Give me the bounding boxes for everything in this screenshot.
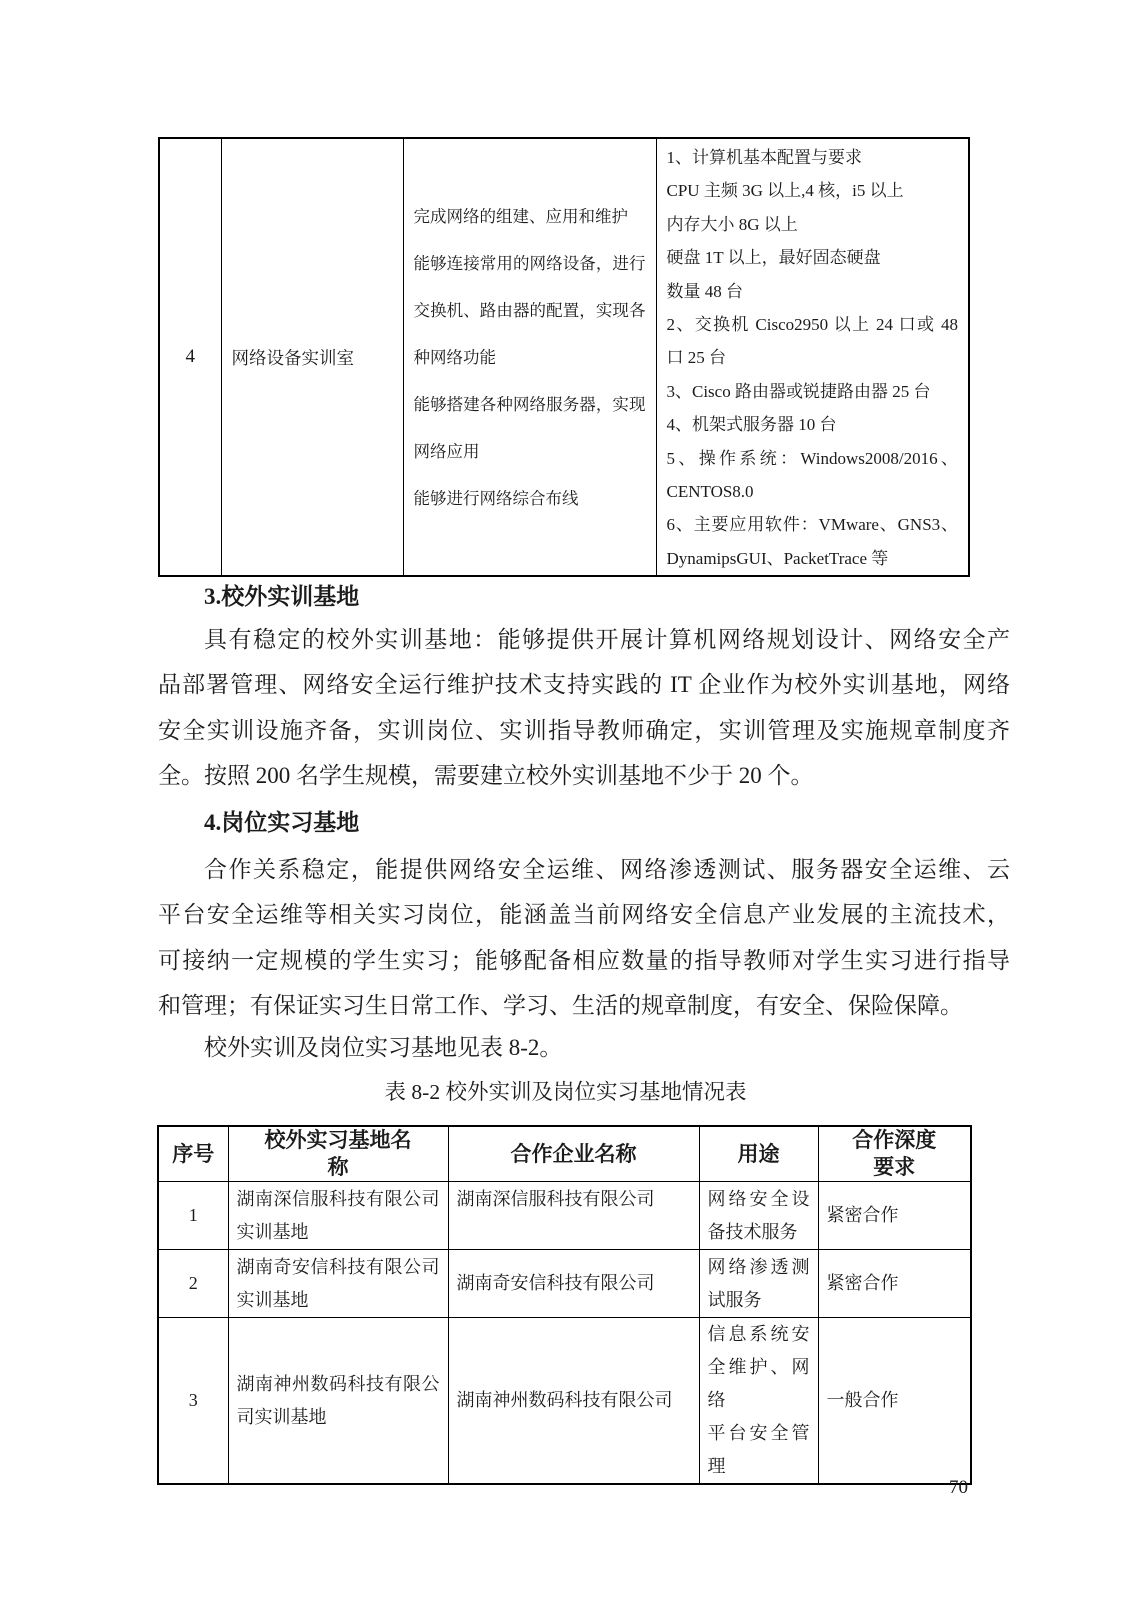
text-line: 品部署管理、网络安全运行维护技术支持实践的 IT 企业作为校外实训基地，网络 [158,662,1010,707]
text-line: 合作关系稳定，能提供网络安全运维、网络渗透测试、服务器安全运维、云 [158,847,1010,892]
text-line: 种网络功能 [414,334,646,381]
text-line: 交换机、路由器的配置，实现各 [414,287,646,334]
text-line: 校外实习基地名 [233,1127,444,1154]
equip-functions-cell: 完成网络的组建、应用和维护能够连接常用的网络设备，进行交换机、路由器的配置，实现… [403,138,656,576]
header-base-name: 校外实习基地名称 [228,1126,448,1182]
text-line: 备技术服务 [708,1216,810,1249]
text-line: 能够连接常用的网络设备，进行 [414,240,646,287]
text-line: 紧密合作 [827,1199,963,1232]
text-line: 3、Cisco 路由器或锐捷路由器 25 台 [667,375,959,408]
text-line: 实训基地 [237,1216,440,1249]
text-line: 平台安全管 [708,1417,810,1450]
row-base-name-cell: 湖南深信服科技有限公司实训基地 [228,1182,448,1250]
row-usage-cell: 网络安全设备技术服务 [699,1182,818,1250]
page-number: 70 [158,1477,968,1499]
paragraph-campus-training-base: 具有稳定的校外实训基地：能够提供开展计算机网络规划设计、网络安全产品部署管理、网… [158,617,1010,799]
text-line: 全维护、网络 [708,1351,810,1417]
text-line: CENTOS8.0 [667,475,959,508]
text-line: 1、计算机基本配置与要求 [667,141,959,174]
text-line: 和管理；有保证实习生日常工作、学习、生活的规章制度，有安全、保险保障。 [158,983,1010,1028]
text-line: 信息系统安 [708,1318,810,1351]
text-line: 安全实训设施齐备，实训岗位、实训指导教师确定，实训管理及实施规章制度齐 [158,708,1010,753]
equip-room-name-cell: 网络设备实训室 [221,138,403,576]
text-line: 硬盘 1T 以上，最好固态硬盘 [667,241,959,274]
equip-requirements-cell: 1、计算机基本配置与要求CPU 主频 3G 以上,4 核，i5 以上内存大小 8… [656,138,969,576]
text-line: 紧密合作 [827,1267,963,1300]
row-company-cell: 湖南深信服科技有限公司 [448,1182,699,1250]
base-table-row: 3 湖南神州数码科技有限公司实训基地 湖南神州数码科技有限公司 信息系统安全维护… [158,1318,971,1485]
text-line: 合作深度 [823,1127,967,1154]
base-table: 序号 校外实习基地名称 合作企业名称 用途 合作深度要求 1 湖南深信服科技有限… [157,1125,972,1485]
paragraph-table-reference: 校外实训及岗位实习基地见表 8-2。 [158,1025,1010,1070]
text-line: 序号 [163,1141,224,1168]
text-line: 网络安全设 [708,1183,810,1216]
text-line: 平台安全运维等相关实习岗位，能涵盖当前网络安全信息产业发展的主流技术， [158,892,1010,937]
row-usage-cell: 网络渗透测试服务 [699,1250,818,1318]
row-depth-cell: 紧密合作 [818,1250,971,1318]
text-line: 实训基地 [237,1284,440,1317]
header-seq: 序号 [158,1126,228,1182]
row-usage-cell: 信息系统安全维护、网络平台安全管理 [699,1318,818,1485]
row-base-name-cell: 湖南奇安信科技有限公司实训基地 [228,1250,448,1318]
equip-seq-cell: 4 [159,138,221,576]
text-line: 湖南深信服科技有限公司 [457,1183,691,1216]
row-company-cell: 湖南神州数码科技有限公司 [448,1318,699,1485]
row-depth-cell: 紧密合作 [818,1182,971,1250]
section-heading-internship-base: 4.岗位实习基地 [158,806,1010,840]
text-line: 湖南神州数码科技有限公司 [457,1384,691,1417]
text-line: 湖南神州数码科技有限公 [237,1368,440,1401]
text-line: 2、交换机 Cisco2950 以上 24 口或 48 [667,308,959,341]
text-line: 数量 48 台 [667,275,959,308]
row-company-cell: 湖南奇安信科技有限公司 [448,1250,699,1318]
base-table-row: 1 湖南深信服科技有限公司实训基地 湖南深信服科技有限公司 网络安全设备技术服务… [158,1182,971,1250]
text-line: DynamipsGUI、PacketTrace 等 [667,542,959,575]
text-line: 具有稳定的校外实训基地：能够提供开展计算机网络规划设计、网络安全产 [158,617,1010,662]
text-line: 湖南奇安信科技有限公司 [237,1251,440,1284]
row-seq-cell: 3 [158,1318,228,1485]
text-line: 湖南深信服科技有限公司 [237,1183,440,1216]
row-base-name-cell: 湖南神州数码科技有限公司实训基地 [228,1318,448,1485]
text-line: 湖南奇安信科技有限公司 [457,1267,691,1300]
header-depth: 合作深度要求 [818,1126,971,1182]
text-line: 完成网络的组建、应用和维护 [414,193,646,240]
equipment-table-row: 4 网络设备实训室 完成网络的组建、应用和维护能够连接常用的网络设备，进行交换机… [159,138,969,576]
table-caption: 表 8-2 校外实训及岗位实习基地情况表 [0,1074,1131,1110]
text-line: 口 25 台 [667,341,959,374]
text-line: 5、操作系统：Windows2008/2016、 [667,442,959,475]
row-depth-cell: 一般合作 [818,1318,971,1485]
text-line: 司实训基地 [237,1401,440,1434]
text-line: 网络渗透测 [708,1251,810,1284]
text-line: 合作企业名称 [453,1141,695,1168]
text-line: 全。按照 200 名学生规模，需要建立校外实训基地不少于 20 个。 [158,753,1010,798]
row-seq-cell: 1 [158,1182,228,1250]
text-line: 用途 [704,1141,814,1168]
text-line: 内存大小 8G 以上 [667,208,959,241]
document-page: 4 网络设备实训室 完成网络的组建、应用和维护能够连接常用的网络设备，进行交换机… [0,0,1131,1600]
text-line: 称 [233,1154,444,1181]
text-line: 6、主要应用软件：VMware、GNS3、 [667,508,959,541]
paragraph-internship-base: 合作关系稳定，能提供网络安全运维、网络渗透测试、服务器安全运维、云平台安全运维等… [158,847,1010,1029]
section-heading-campus-training-base: 3.校外实训基地 [158,580,1010,614]
base-table-header-row: 序号 校外实习基地名称 合作企业名称 用途 合作深度要求 [158,1126,971,1182]
text-line: 一般合作 [827,1384,963,1417]
header-usage: 用途 [699,1126,818,1182]
text-line: 要求 [823,1154,967,1181]
equipment-table: 4 网络设备实训室 完成网络的组建、应用和维护能够连接常用的网络设备，进行交换机… [158,137,970,577]
text-line: 网络应用 [414,428,646,475]
row-seq-cell: 2 [158,1250,228,1318]
text-line: 能够搭建各种网络服务器，实现 [414,381,646,428]
header-company-name: 合作企业名称 [448,1126,699,1182]
text-line: 4、机架式服务器 10 台 [667,408,959,441]
text-line: 校外实训及岗位实习基地见表 8-2。 [158,1025,1010,1070]
text-line: CPU 主频 3G 以上,4 核，i5 以上 [667,174,959,207]
base-table-row: 2 湖南奇安信科技有限公司实训基地 湖南奇安信科技有限公司 网络渗透测试服务 紧… [158,1250,971,1318]
text-line: 试服务 [708,1284,810,1317]
text-line: 可接纳一定规模的学生实习；能够配备相应数量的指导教师对学生实习进行指导 [158,938,1010,983]
text-line: 能够进行网络综合布线 [414,475,646,522]
